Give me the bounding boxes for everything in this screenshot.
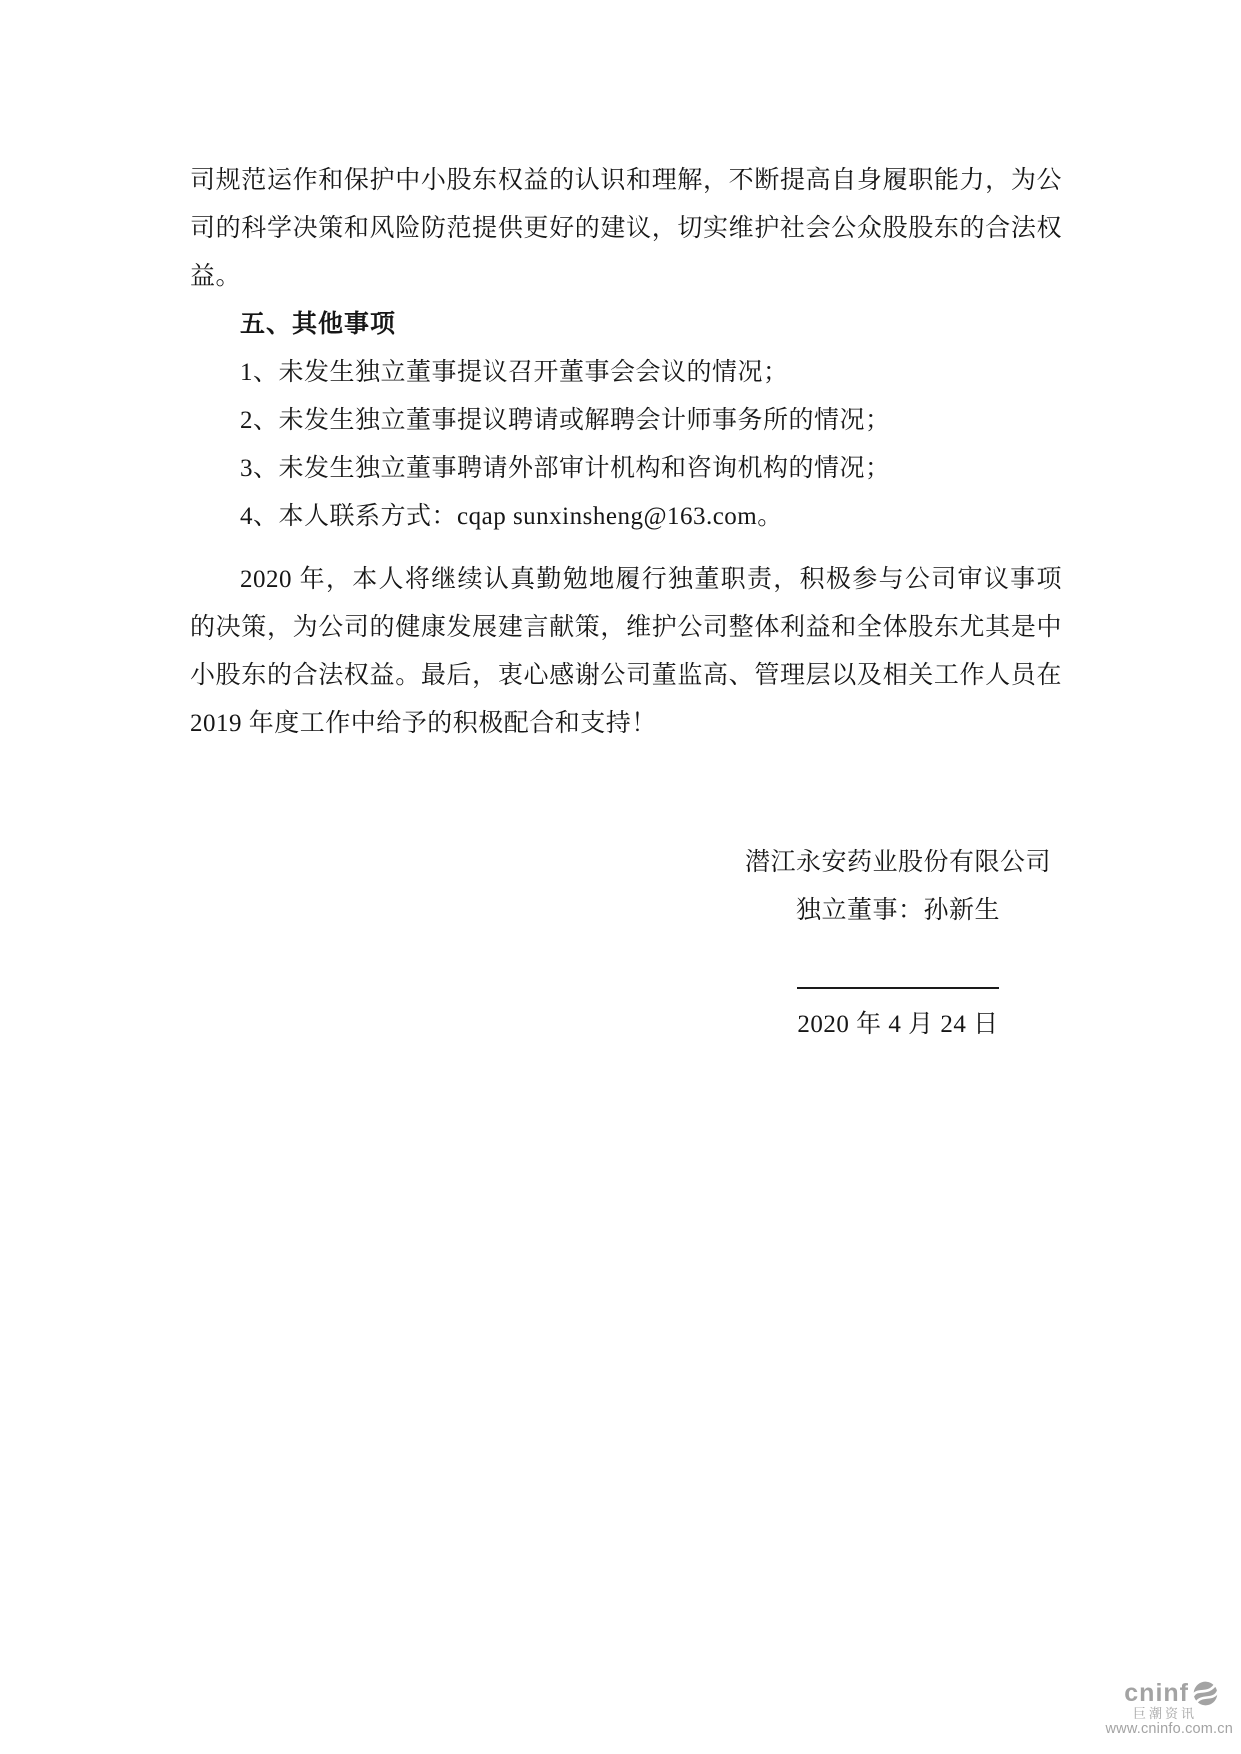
page-body: 司规范运作和保护中小股东权益的认识和理解，不断提高自身履职能力，为公司的科学决策… — [190, 157, 1062, 748]
signature-block: 潜江永安药业股份有限公司 独立董事：孙新生 2020 年 4 月 24 日 — [693, 846, 1103, 1042]
section-heading-other-matters: 五、其他事项 — [190, 301, 1062, 349]
list-item-2: 2、未发生独立董事提议聘请或解聘会计师事务所的情况； — [190, 397, 1062, 445]
cninfo-brand-chinese: 巨潮资讯 — [1106, 1706, 1198, 1721]
document-page: 司规范运作和保护中小股东权益的认识和理解，不断提高自身履职能力，为公司的科学决策… — [0, 0, 1241, 1754]
paragraph-closing: 2020 年，本人将继续认真勤勉地履行独董职责，积极参与公司审议事项的决策，为公… — [190, 556, 1062, 748]
cninfo-brand-row: cninf — [1106, 1680, 1220, 1707]
cninfo-watermark: cninf 巨潮资讯 www.cninfo.com.cn — [1106, 1680, 1234, 1738]
paragraph-continuation: 司规范运作和保护中小股东权益的认识和理解，不断提高自身履职能力，为公司的科学决策… — [190, 157, 1062, 301]
list-item-1: 1、未发生独立董事提议召开董事会会议的情况； — [190, 349, 1062, 397]
cninfo-globe-icon — [1192, 1680, 1219, 1707]
signature-date: 2020 年 4 月 24 日 — [693, 1008, 1103, 1042]
signature-company-name: 潜江永安药业股份有限公司 — [693, 846, 1103, 880]
cninfo-brand-text: cninf — [1124, 1681, 1189, 1706]
list-item-4-contact-email: 4、本人联系方式：cqap sunxinsheng@163.com。 — [190, 493, 1062, 541]
list-item-3: 3、未发生独立董事聘请外部审计机构和咨询机构的情况； — [190, 445, 1062, 493]
signature-rule-line — [797, 987, 999, 989]
cninfo-url: www.cninfo.com.cn — [1106, 1721, 1234, 1738]
signature-signer-name: 独立董事：孙新生 — [693, 894, 1103, 928]
